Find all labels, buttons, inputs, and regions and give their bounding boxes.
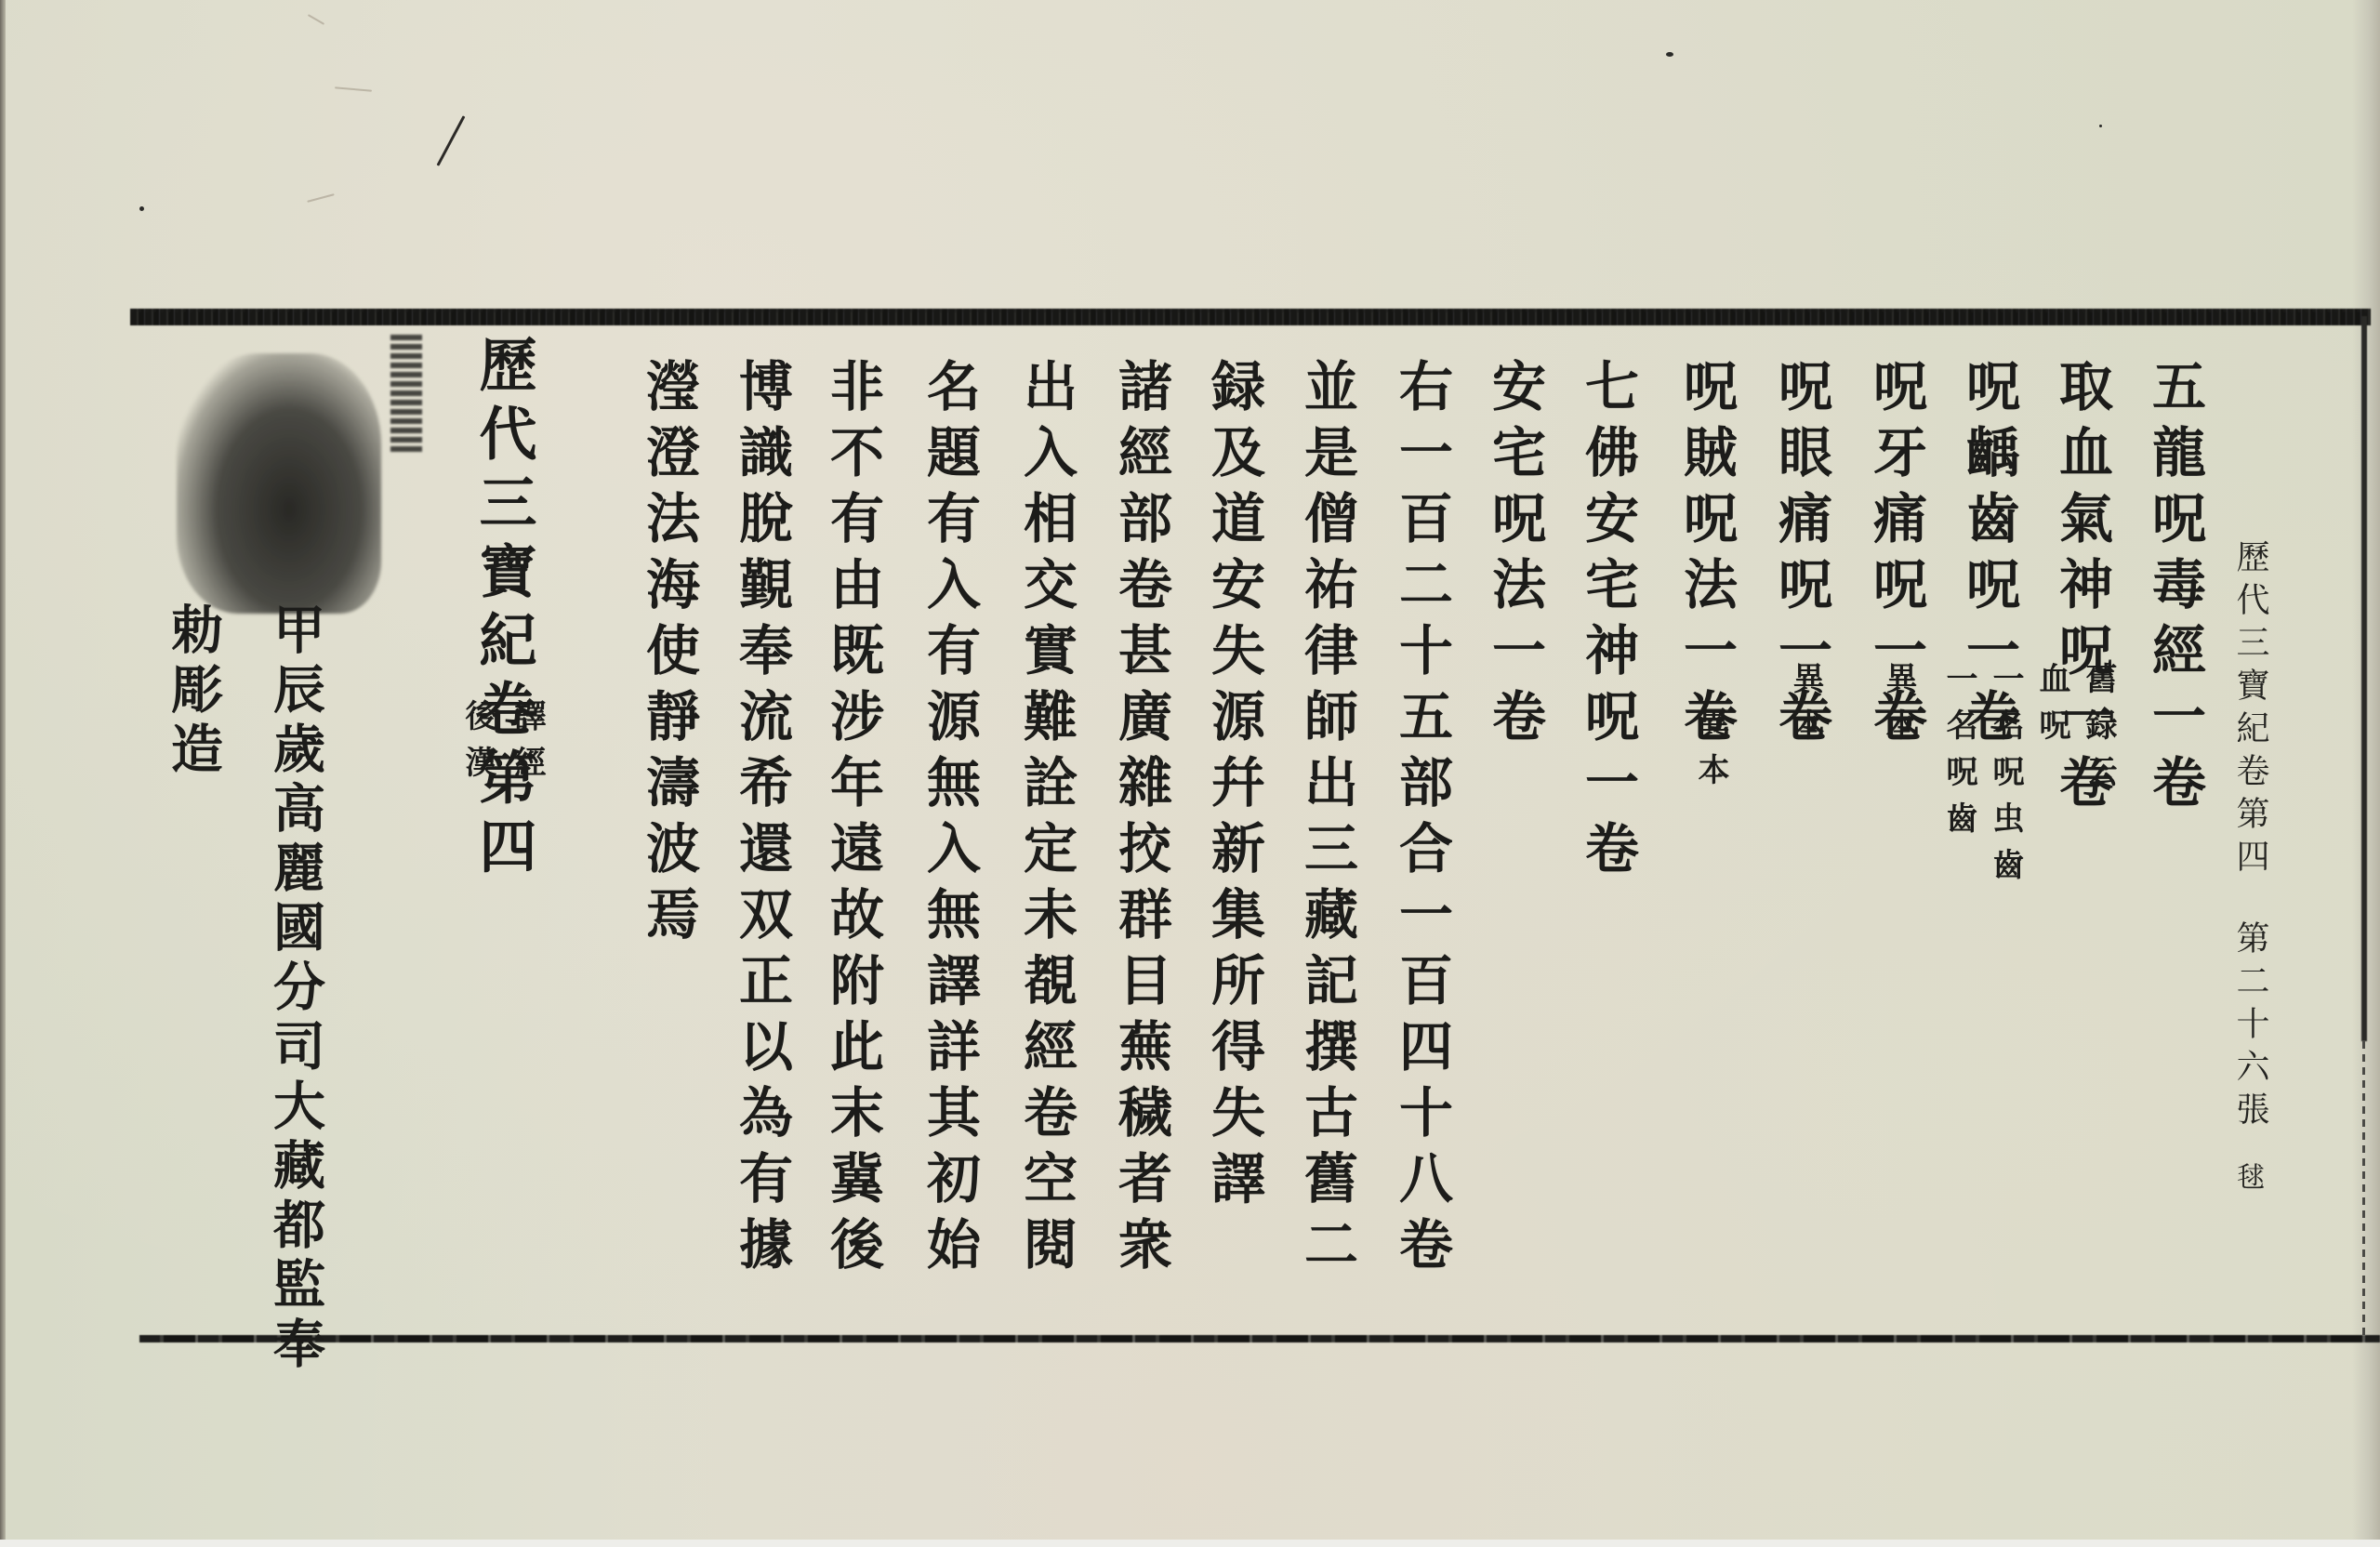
ink-smudge-strip [390,335,422,456]
scanned-page: 歷代三寶紀卷第四 第二十六張 毬 五龍呪毒經一卷 取血氣神呪一卷 舊録云 血呪 … [0,0,2380,1547]
ink-speck [1666,52,1673,57]
paper-fiber [335,86,372,91]
entry-note: 舊録云 [2082,662,2114,801]
ink-smudge [177,353,381,614]
ink-speck [139,206,144,211]
end-title-note: 譯經 [511,699,543,792]
entry-note: 異本 [1883,662,1914,755]
summary-line: 諸經部卷甚廣雜挍群目蕪穢者衆 [1114,358,1168,1282]
frame-right-border [2361,316,2367,1041]
entry-title: 安宅呪法一卷 [1487,358,1541,754]
entry-note: 一名呪虫齒 [1990,662,2021,894]
margin-page-number: 第二十六張 [2233,920,2267,1134]
end-title: 歷代三寶紀卷第四 [474,335,532,885]
entry-note: 血呪 [2036,662,2068,755]
entry-title: 呪賊呪法一卷 [1679,358,1733,754]
paper-fiber [437,115,466,165]
frame-top-border [130,309,2371,325]
summary-line: 瀅澄法海使靜濤波焉 [641,358,695,952]
margin-volume-title: 歷代三寶紀卷第四 [2233,539,2267,881]
summary-line: 博識脫覲奉流希還双正以為有據 [734,358,788,1282]
paper-fiber [308,14,324,25]
frame-bottom-border [139,1335,2380,1342]
entry-note: 異本 [1695,707,1726,800]
colophon-line: 勅彫造 [167,602,219,781]
summary-line: 出入相交實難詮定未覩經卷空閱 [1019,358,1073,1282]
end-title-note: 後漢 [462,699,494,792]
summary-line: 録及道安失源幷新集所得失譯 [1207,358,1261,1216]
entry-title: 七佛安宅神呪一卷 [1580,358,1634,886]
summary-line: 非不有由既涉年遠故附此末冀後 [826,358,879,1282]
frame-right-border-faint [2362,1041,2365,1339]
paper-fiber [307,193,334,203]
margin-carver-mark: 毬 [2233,1162,2261,1199]
summary-line: 並是僧祐律師出三藏記撰古舊二 [1300,358,1354,1282]
entry-note: 一名呪齒 [1943,662,1975,848]
ink-speck [2099,125,2102,127]
colophon-line: 甲辰歲高麗國分司大藏都監奉 [270,602,322,1376]
page-bottom-edge [0,1540,2380,1547]
entry-note: 異本 [1790,662,1821,755]
page-left-edge [0,0,6,1547]
entry-title: 五龍呪毒經一卷 [2148,358,2201,820]
summary-line: 名題有入有源無入無譯詳其初始 [922,358,976,1282]
summary-line: 右一百二十五部合一百四十八卷 [1395,358,1448,1282]
